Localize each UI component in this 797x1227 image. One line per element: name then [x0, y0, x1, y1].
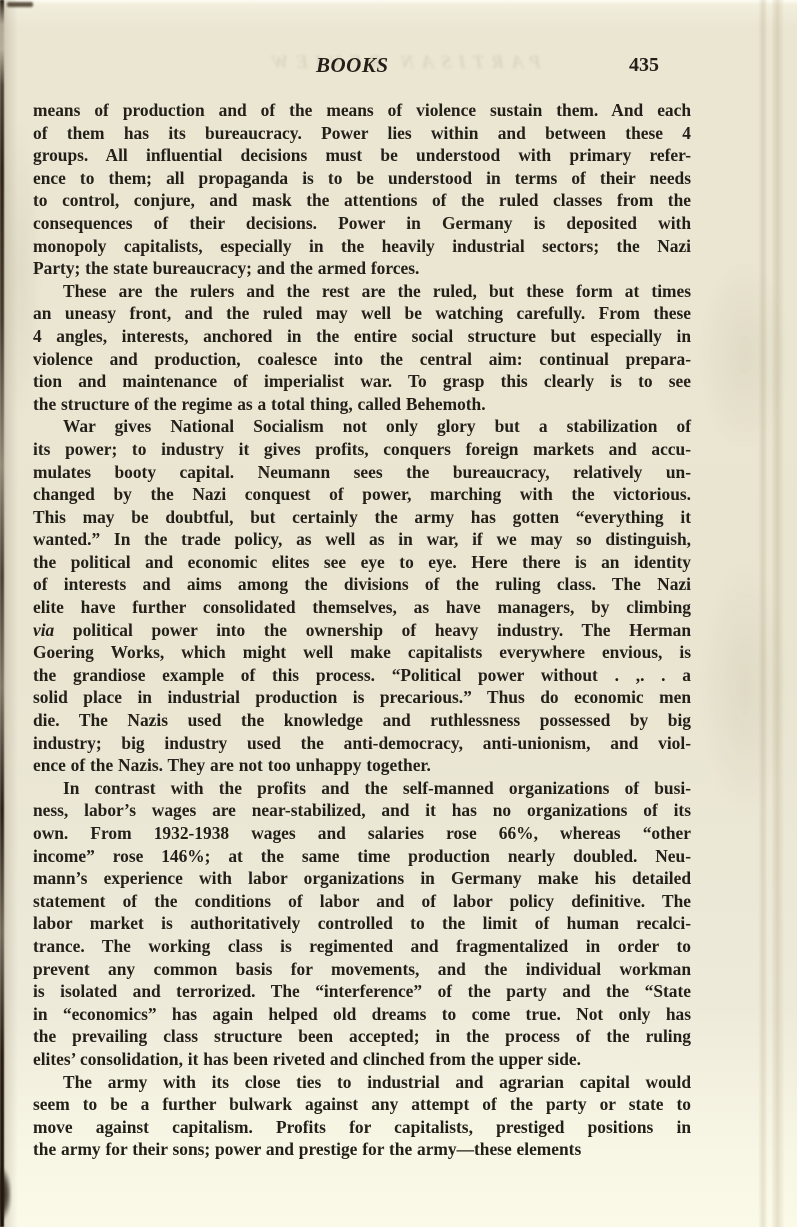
text-line: the structure of the regime as a total t…: [33, 393, 691, 416]
text-line: means of production and of the means of …: [33, 99, 691, 122]
text-line: mulates booty capital. Neumann sees the …: [33, 461, 691, 484]
text-line: consequences of their decisions. Power i…: [33, 212, 691, 235]
text-line: in “economics” has again helped old drea…: [33, 1003, 691, 1026]
text-line: the army for their sons; power and prest…: [33, 1138, 691, 1161]
text-line: In contrast with the profits and the sel…: [33, 777, 691, 800]
text-line: the prevailing class structure been acce…: [33, 1025, 691, 1048]
page-number: 435: [629, 54, 659, 77]
text-line: ness, labor’s wages are near-stabilized,…: [33, 799, 691, 822]
text-line: the political and economic elites see ey…: [33, 551, 691, 574]
text-line: the grandiose example of this process. “…: [33, 664, 691, 687]
text-line: via political power into the ownership o…: [33, 619, 691, 642]
text-line: income” rose 146%; at the same time prod…: [33, 845, 691, 868]
paragraph: The army with its close ties to industri…: [33, 1071, 691, 1161]
text-line: These are the rulers and the rest are th…: [33, 280, 691, 303]
text-line: War gives National Socialism not only gl…: [33, 415, 691, 438]
text-line: elite have further consolidated themselv…: [33, 596, 691, 619]
text-line: labor market is authoritatively controll…: [33, 912, 691, 935]
text-line: is isolated and terrorized. The “interfe…: [33, 980, 691, 1003]
text-line: ence to them; all propaganda is to be un…: [33, 167, 691, 190]
paragraph: War gives National Socialism not only gl…: [33, 415, 691, 777]
text-line: its power; to industry it gives profits,…: [33, 438, 691, 461]
text-line: violence and production, coalesce into t…: [33, 348, 691, 371]
bleed-through-ghost-text: PARTISAN REVIEW: [238, 52, 568, 74]
text-line: The army with its close ties to industri…: [33, 1071, 691, 1094]
text-line: trance. The working class is regimented …: [33, 935, 691, 958]
text-line: die. The Nazis used the knowledge and ru…: [33, 709, 691, 732]
text-line: ence of the Nazis. They are not too unha…: [33, 754, 691, 777]
text-line: changed by the Nazi conquest of power, m…: [33, 483, 691, 506]
text-line: Party; the state bureaucracy; and the ar…: [33, 257, 691, 280]
text-line: industry; big industry used the anti-dem…: [33, 732, 691, 755]
text-line: This may be doubtful, but certainly the …: [33, 506, 691, 529]
paragraph: These are the rulers and the rest are th…: [33, 280, 691, 416]
running-header: PARTISAN REVIEW BOOKS 435: [0, 0, 797, 95]
scanned-book-page: PARTISAN REVIEW BOOKS 435 means of produ…: [0, 0, 797, 1227]
text-line: groups. All influential decisions must b…: [33, 144, 691, 167]
paragraph: In contrast with the profits and the sel…: [33, 777, 691, 1071]
text-line: solid place in industrial production is …: [33, 686, 691, 709]
text-line: monopoly capitalists, especially in the …: [33, 235, 691, 258]
text-line: tion and maintenance of imperialist war.…: [33, 370, 691, 393]
text-line: wanted.” In the trade policy, as well as…: [33, 528, 691, 551]
text-line: of interests and aims among the division…: [33, 573, 691, 596]
text-line: elites’ consolidation, it has been rivet…: [33, 1048, 691, 1071]
text-line: 4 angles, interests, anchored in the ent…: [33, 325, 691, 348]
text-line: own. From 1932-1938 wages and salaries r…: [33, 822, 691, 845]
paragraph: means of production and of the means of …: [33, 99, 691, 280]
section-title: BOOKS: [316, 53, 389, 78]
right-page-edge: [758, 0, 767, 1227]
text-line: move against capitalism. Profits for cap…: [33, 1116, 691, 1139]
text-line: of them has its bureaucracy. Power lies …: [33, 122, 691, 145]
spine-edge-blot: [0, 1168, 11, 1220]
page-text: means of production and of the means of …: [33, 99, 691, 1161]
right-page-stack-edge: [772, 0, 784, 1227]
text-line: seem to be a further bulwark against any…: [33, 1093, 691, 1116]
text-line: an uneasy front, and the ruled may well …: [33, 302, 691, 325]
text-line: to control, conjure, and mask the attent…: [33, 189, 691, 212]
text-line: statement of the conditions of labor and…: [33, 890, 691, 913]
page-spine-edge: [0, 0, 4, 1227]
text-line: mann’s experience with labor organizatio…: [33, 867, 691, 890]
text-line: prevent any common basis for movements, …: [33, 958, 691, 981]
text-line: Goering Works, which might well make cap…: [33, 641, 691, 664]
